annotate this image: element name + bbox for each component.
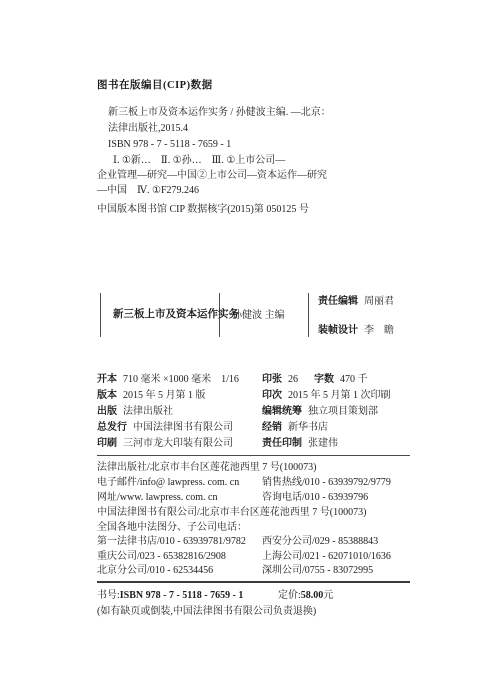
colophon-row: 印次2015 年 5 月第 1 次印刷 xyxy=(262,388,410,404)
divider-bar xyxy=(100,293,101,337)
colophon-value: 独立项目策划部 xyxy=(308,406,378,417)
colophon-row: 印刷三河市龙大印装有限公司 xyxy=(97,436,262,452)
colophon-value: 470 千 xyxy=(340,374,368,385)
credit-row: 装帧设计李 瞻 xyxy=(318,323,394,339)
cip-classification-block: Ⅰ. ①新… Ⅱ. ①孙… Ⅲ. ①上市公司— 企业管理—研究—中国②上市公司—… xyxy=(97,153,410,198)
cip-catalog-line: 法律出版社,2015.4 xyxy=(108,121,410,137)
colophon-label: 经销 xyxy=(262,422,282,433)
divider-bar xyxy=(308,293,309,337)
cip-classification-line: Ⅰ. ①新… Ⅱ. ①孙… Ⅲ. ①上市公司— xyxy=(113,153,410,168)
branch-phone: 深圳公司/0755 - 83072995 xyxy=(262,564,410,579)
credit-value: 李 瞻 xyxy=(364,325,394,336)
price-label: 定价: xyxy=(278,590,301,601)
colophon-value: 张建伟 xyxy=(308,438,338,449)
book-number-label: 书号: xyxy=(97,590,120,601)
branch-phone: 北京分公司/010 - 62534456 xyxy=(97,564,262,579)
colophon-label: 印次 xyxy=(262,390,282,401)
branch-phone: 第一法律书店/010 - 63939781/9782 xyxy=(97,535,262,550)
colophon-label: 开本 xyxy=(97,374,117,385)
branch-phone: 重庆公司/023 - 65382816/2908 xyxy=(97,550,262,565)
colophon-value: 三河市龙大印装有限公司 xyxy=(123,438,233,449)
colophon-row: 经销新华书店 xyxy=(262,420,410,436)
cip-catalog-line: ISBN 978 - 7 - 5118 - 7659 - 1 xyxy=(108,137,410,153)
colophon-label: 总发行 xyxy=(97,422,127,433)
publisher-website: 网址/www. lawpress. com. cn xyxy=(97,490,262,505)
colophon-row: 版本2015 年 5 月第 1 版 xyxy=(97,388,262,404)
distributor-note: 全国各地中法图分、子公司电话： xyxy=(97,521,410,536)
cip-catalog-line: 新三板上市及资本运作实务 / 孙健波主编. —北京： xyxy=(108,105,410,121)
contact-row: 重庆公司/023 - 65382816/2908 上海公司/021 - 6207… xyxy=(97,550,410,565)
contact-row: 网址/www. lawpress. com. cn 咨询电话/010 - 639… xyxy=(97,490,410,505)
divider-rule-bottom xyxy=(97,581,410,583)
colophon-label: 出版 xyxy=(97,406,117,417)
contact-row: 北京分公司/010 - 62534456 深圳公司/0755 - 8307299… xyxy=(97,564,410,579)
branch-phone: 西安分公司/029 - 85388843 xyxy=(262,535,410,550)
price-unit: 元 xyxy=(323,590,333,601)
credits-block: 责任编辑周丽君 装帧设计李 瞻 xyxy=(318,294,394,352)
price: 定价:58.00元 xyxy=(278,588,333,604)
colophon-label: 版本 xyxy=(97,390,117,401)
distributor-address: 中国法律图书有限公司/北京市丰台区莲花池西里 7 号(100073) xyxy=(97,506,410,521)
footer-row: 书号:ISBN 978 - 7 - 5118 - 7659 - 1 定价:58.… xyxy=(97,588,410,604)
colophon-row: 印张26字数470 千 xyxy=(262,372,410,388)
cip-classification-line: —中国 Ⅳ. ①F279.246 xyxy=(97,183,410,198)
colophon-label: 印刷 xyxy=(97,438,117,449)
colophon: 开本710 毫米 ×1000 毫米 1/16 版本2015 年 5 月第 1 版… xyxy=(97,372,410,452)
colophon-row: 总发行中国法律图书有限公司 xyxy=(97,420,262,436)
contact-row: 电子邮件/info@ lawpress. com. cn 销售热线/010 - … xyxy=(97,475,410,490)
contact-row: 第一法律书店/010 - 63939781/9782 西安分公司/029 - 8… xyxy=(97,535,410,550)
colophon-left-column: 开本710 毫米 ×1000 毫米 1/16 版本2015 年 5 月第 1 版… xyxy=(97,372,262,452)
colophon-label: 编辑统筹 xyxy=(262,406,302,417)
colophon-label: 字数 xyxy=(314,374,334,385)
book-editor: 孙健波 主编 xyxy=(232,308,285,324)
colophon-value: 710 毫米 ×1000 毫米 1/16 xyxy=(123,374,239,385)
credit-row: 责任编辑周丽君 xyxy=(318,294,394,310)
publisher-address: 法律出版社/北京市丰台区莲花池西里 7 号(100073) xyxy=(97,460,410,475)
book-number: 书号:ISBN 978 - 7 - 5118 - 7659 - 1 xyxy=(97,588,278,604)
colophon-value: 中国法律图书有限公司 xyxy=(133,422,233,433)
cip-heading: 图书在版编目(CIP)数据 xyxy=(97,78,410,94)
colophon-row: 责任印制张建伟 xyxy=(262,436,410,452)
colophon-row: 出版法律出版社 xyxy=(97,404,262,420)
colophon-right-column: 印张26字数470 千 印次2015 年 5 月第 1 次印刷 编辑统筹独立项目… xyxy=(262,372,410,452)
return-note: (如有缺页或倒装,中国法律图书有限公司负责退换) xyxy=(97,604,410,620)
book-number-value: ISBN 978 - 7 - 5118 - 7659 - 1 xyxy=(120,590,244,601)
cip-record-number: 中国版本图书馆 CIP 数据核字(2015)第 050125 号 xyxy=(97,202,410,218)
cip-catalog-block: 新三板上市及资本运作实务 / 孙健波主编. —北京： 法律出版社,2015.4 … xyxy=(108,105,410,153)
colophon-value: 新华书店 xyxy=(288,422,328,433)
colophon-row: 开本710 毫米 ×1000 毫米 1/16 xyxy=(97,372,262,388)
book-title: 新三板上市及资本运作实务 xyxy=(113,307,239,323)
inquiry-phone: 咨询电话/010 - 63939796 xyxy=(262,490,410,505)
credit-value: 周丽君 xyxy=(364,296,394,307)
sales-hotline: 销售热线/010 - 63939792/9779 xyxy=(262,475,410,490)
colophon-label: 责任印制 xyxy=(262,438,302,449)
title-credits-block: 新三板上市及资本运作实务 孙健波 主编 责任编辑周丽君 装帧设计李 瞻 xyxy=(97,293,410,337)
publisher-email: 电子邮件/info@ lawpress. com. cn xyxy=(97,475,262,490)
colophon-value: 法律出版社 xyxy=(123,406,173,417)
credit-label: 装帧设计 xyxy=(318,325,358,336)
price-value: 58.00 xyxy=(301,590,324,601)
credit-label: 责任编辑 xyxy=(318,296,358,307)
colophon-value: 2015 年 5 月第 1 版 xyxy=(123,390,206,401)
colophon-label: 印张 xyxy=(262,374,282,385)
publisher-contact-block: 法律出版社/北京市丰台区莲花池西里 7 号(100073) 电子邮件/info@… xyxy=(97,460,410,505)
distributor-contact-block: 中国法律图书有限公司/北京市丰台区莲花池西里 7 号(100073) 全国各地中… xyxy=(97,506,410,579)
cip-classification-line: 企业管理—研究—中国②上市公司—资本运作—研究 xyxy=(97,168,410,183)
branch-phone: 上海公司/021 - 62071010/1636 xyxy=(262,550,410,565)
page-content: 图书在版编目(CIP)数据 新三板上市及资本运作实务 / 孙健波主编. —北京：… xyxy=(97,78,410,620)
copyright-page: 图书在版编目(CIP)数据 新三板上市及资本运作实务 / 孙健波主编. —北京：… xyxy=(0,0,500,677)
colophon-value: 26 xyxy=(288,374,298,385)
colophon-row: 编辑统筹独立项目策划部 xyxy=(262,404,410,420)
colophon-value: 2015 年 5 月第 1 次印刷 xyxy=(288,390,391,401)
divider-rule-top xyxy=(97,455,410,456)
